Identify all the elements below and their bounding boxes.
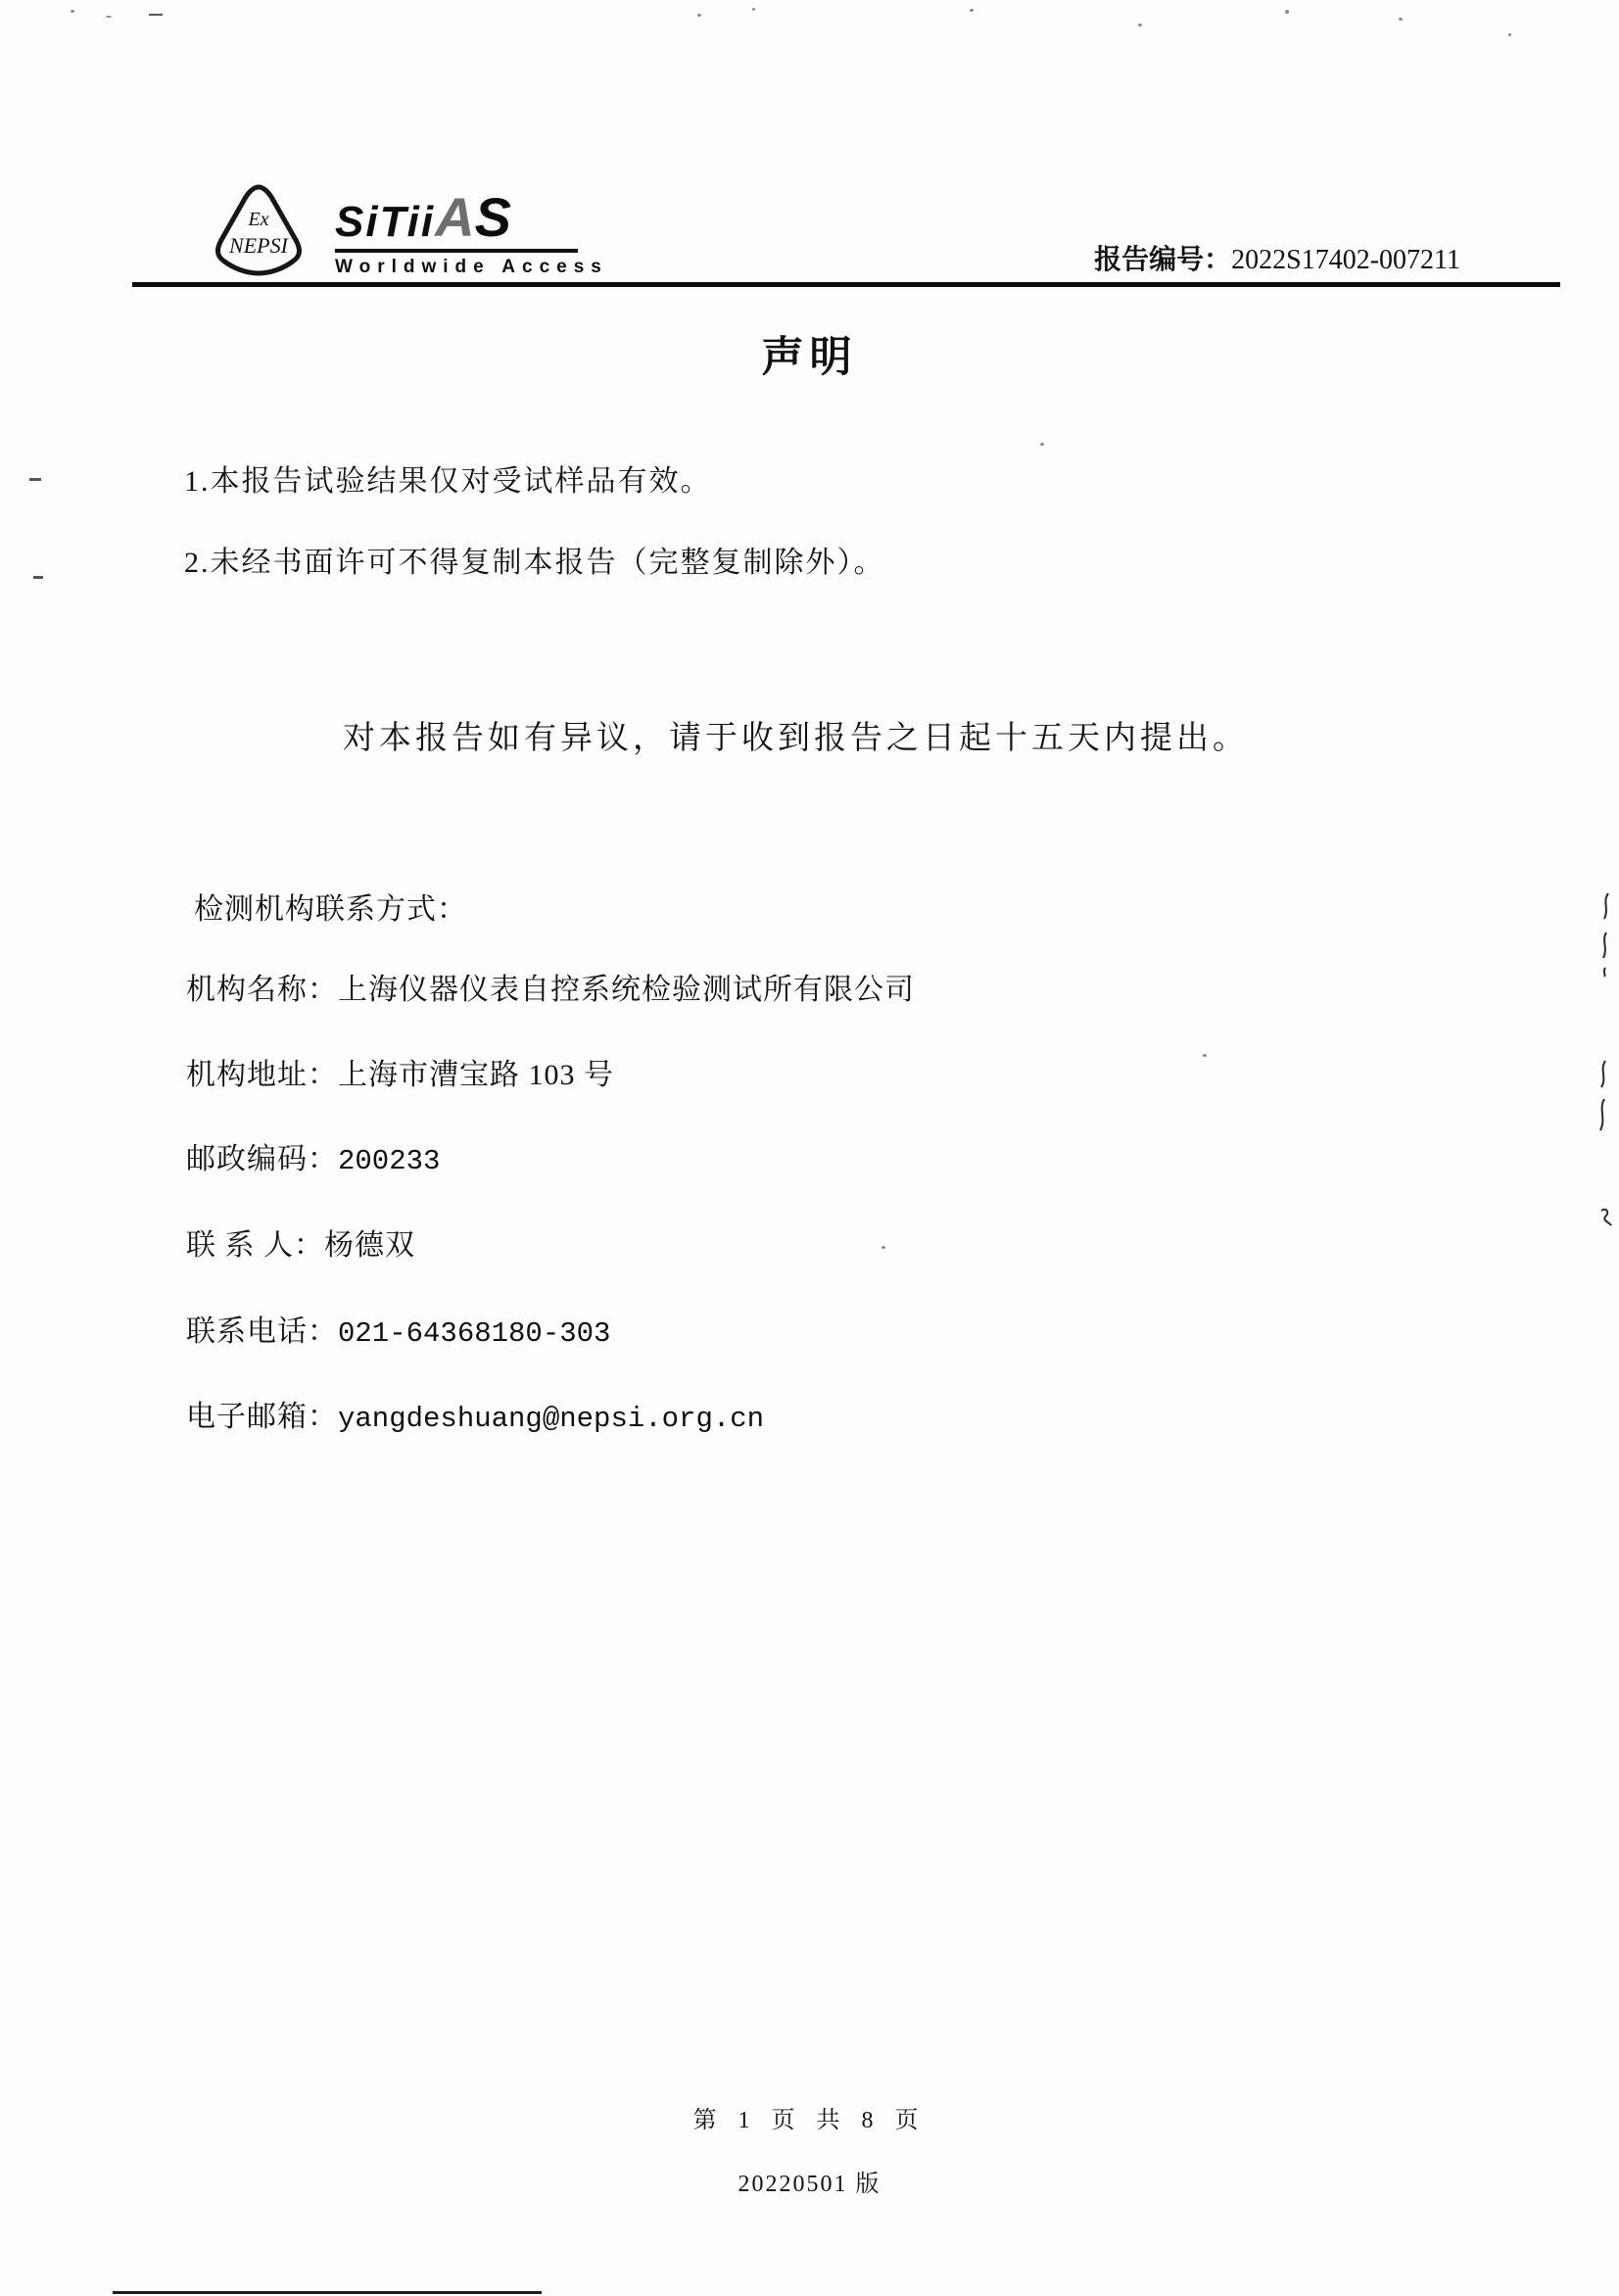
page-title: 声明 bbox=[0, 324, 1619, 384]
contact-label: 机构名称： bbox=[186, 974, 338, 1006]
ink-mark bbox=[1598, 1203, 1614, 1233]
contact-heading: 检测机构联系方式： bbox=[194, 885, 467, 928]
scan-artifact bbox=[1508, 33, 1511, 36]
contact-label: 邮政编码： bbox=[186, 1143, 338, 1175]
document-version: 20220501 版 bbox=[0, 2164, 1619, 2198]
report-number-label: 报告编号： bbox=[1094, 245, 1231, 275]
scan-artifact bbox=[33, 576, 43, 579]
scan-artifact bbox=[1203, 1054, 1207, 1057]
scan-artifact bbox=[1040, 443, 1044, 446]
scan-artifact bbox=[106, 16, 112, 18]
contact-value: 021-64368180-303 bbox=[338, 1317, 610, 1350]
header-divider bbox=[132, 282, 1560, 287]
contact-label: 电子邮箱： bbox=[186, 1401, 338, 1433]
contact-value: yangdeshuang@nepsi.org.cn bbox=[338, 1403, 764, 1435]
contact-value: 上海仪器仪表自控系统检验测试所有限公司 bbox=[338, 974, 915, 1006]
wordmark-s: S bbox=[475, 186, 511, 248]
contact-value: 200233 bbox=[338, 1145, 440, 1177]
contact-row-postcode: 邮政编码：200233 bbox=[186, 1134, 440, 1177]
scan-artifact bbox=[29, 478, 41, 481]
contact-value: 杨德双 bbox=[324, 1229, 415, 1262]
contact-row-email: 电子邮箱：yangdeshuang@nepsi.org.cn bbox=[186, 1392, 764, 1435]
page-number: 第 1 页 共 8 页 bbox=[0, 2100, 1619, 2134]
scan-artifact bbox=[71, 10, 74, 13]
sitiias-wordmark: SiTiiAS bbox=[335, 190, 608, 245]
contact-row-address: 机构地址：上海市漕宝路 103 号 bbox=[186, 1050, 614, 1093]
contact-row-person: 联 系 人：杨德双 bbox=[186, 1220, 415, 1264]
header-logo-group: Ex NEPSI SiTiiAS Worldwide Access bbox=[208, 182, 608, 280]
statement-2: 2.未经书面许可不得复制本报告（完整复制除外）。 bbox=[184, 538, 885, 581]
scan-artifact bbox=[970, 9, 974, 12]
ink-mark bbox=[1596, 889, 1612, 982]
scan-artifact bbox=[1285, 10, 1289, 14]
nepsi-ex-triangle-logo: Ex NEPSI bbox=[208, 182, 310, 280]
ink-mark bbox=[1595, 1058, 1610, 1141]
contact-label: 机构地址： bbox=[186, 1059, 338, 1091]
contact-label: 联 系 人： bbox=[186, 1229, 324, 1262]
scan-artifact bbox=[1138, 24, 1142, 26]
contact-label: 联系电话： bbox=[186, 1315, 338, 1348]
nepsi-name-text: NEPSI bbox=[228, 233, 290, 258]
report-declaration-page: Ex NEPSI SiTiiAS Worldwide Access 报告编号：2… bbox=[0, 0, 1619, 2296]
scan-edge-artifact bbox=[113, 2291, 542, 2294]
statement-1: 1.本报告试验结果仅对受试样品有效。 bbox=[184, 456, 712, 500]
contact-value: 上海市漕宝路 103 号 bbox=[338, 1059, 614, 1091]
wordmark-a: A bbox=[435, 186, 474, 248]
scan-artifact bbox=[697, 14, 701, 17]
nepsi-ex-text: Ex bbox=[247, 209, 268, 230]
scan-artifact bbox=[752, 8, 755, 11]
scan-artifact bbox=[1399, 18, 1403, 21]
contact-row-org-name: 机构名称：上海仪器仪表自控系统检验测试所有限公司 bbox=[186, 965, 915, 1008]
wordmark-underline bbox=[335, 249, 578, 253]
report-number: 报告编号：2022S17402-007211 bbox=[1094, 238, 1460, 277]
scan-artifact bbox=[881, 1246, 885, 1249]
wordmark-sitii: SiTii bbox=[335, 198, 435, 246]
scan-artifact bbox=[149, 14, 163, 16]
contact-row-phone: 联系电话：021-64368180-303 bbox=[186, 1307, 610, 1350]
logo-tagline: Worldwide Access bbox=[335, 257, 608, 278]
objection-notice: 对本报告如有异议，请于收到报告之日起十五天内提出。 bbox=[343, 712, 1249, 758]
report-number-value: 2022S17402-007211 bbox=[1231, 245, 1460, 275]
sitiias-logo: SiTiiAS Worldwide Access bbox=[335, 182, 608, 278]
